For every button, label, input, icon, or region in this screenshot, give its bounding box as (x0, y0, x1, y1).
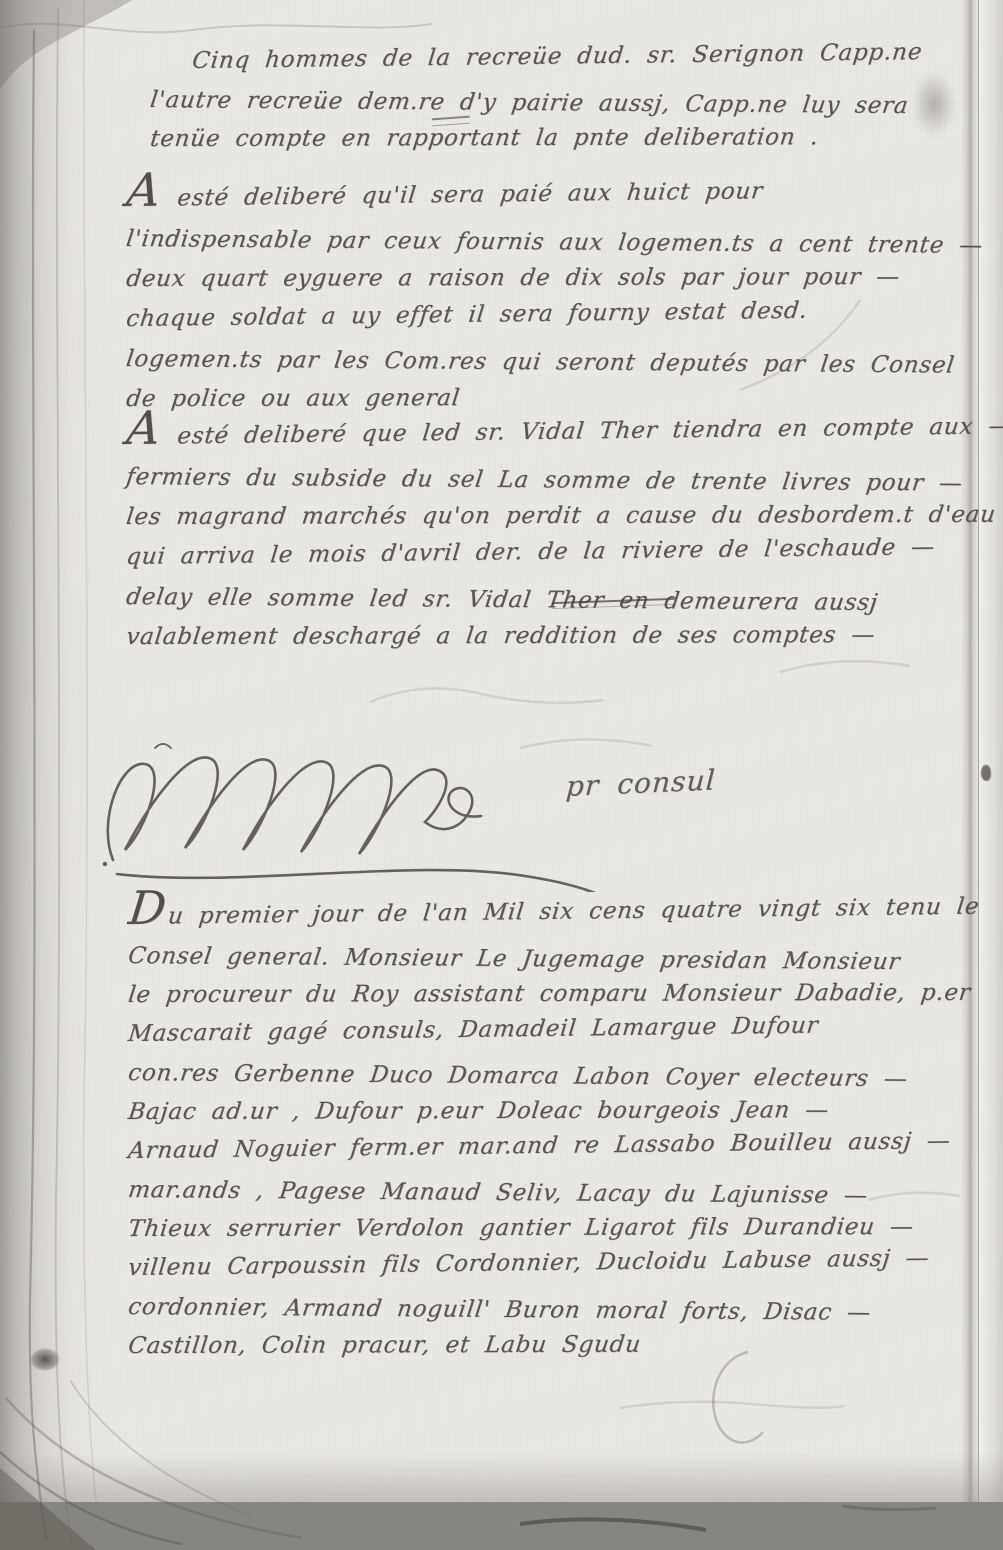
scanned-manuscript: { "document": { "kind": "handwritten man… (0, 0, 1003, 1550)
paragraph-1: Cinq hommes de la recreüe dud. sr. Serig… (150, 48, 921, 165)
page-bottom-shadow (0, 1452, 1003, 1502)
signature-title: pr consul (565, 764, 717, 803)
manuscript-line: con.res Gerbenne Duco Domarca Labon Coye… (127, 1060, 980, 1093)
binding-edge (0, 0, 118, 1502)
manuscript-line: villenu Carpoussin fils Cordonnier, Ducl… (127, 1245, 981, 1281)
manuscript-line: Consel general. Monsieur Le Jugemage pre… (127, 943, 980, 976)
edge-streak (842, 1506, 936, 1510)
manuscript-line: Thieux serrurier Verdolon gantier Ligaro… (127, 1214, 981, 1242)
manuscript-line: mar.ands , Pagese Manaud Seliv, Lacay du… (127, 1177, 980, 1210)
ink-blot (981, 765, 991, 781)
manuscript-line: Bajac ad.ur , Dufour p.eur Doleac bourge… (127, 1097, 981, 1125)
paragraph-2: A esté deliberé qu'il sera paié aux huic… (126, 180, 984, 426)
manuscript-line: l'indispensable par ceux fournis aux log… (125, 226, 985, 259)
ink-smudge (903, 58, 965, 150)
manuscript-line: chaque soldat a uy effet il sera fourny … (125, 296, 987, 332)
manuscript-line: deux quart eyguere a raison de dix sols … (125, 264, 986, 292)
edge-streak (520, 1519, 706, 1530)
manuscript-line: Castillon, Colin pracur, et Labu Sgudu (127, 1331, 981, 1359)
manuscript-line: les magrand marchés qu'on perdit a cause… (125, 502, 1003, 530)
manuscript-line: Mascarait gagé consuls, Damadeil Lamargu… (127, 1011, 981, 1047)
manuscript-line: le procureur du Roy assistant comparu Mo… (127, 980, 981, 1008)
manuscript-line: qui arriva le mois d'avril der. de la ri… (125, 533, 1003, 570)
manuscript-line: tenüe compte en rapportant la pnte delib… (149, 124, 923, 152)
manuscript-line: delay elle somme led sr. Vidal Ther en d… (125, 584, 1003, 617)
manuscript-line: fermiers du subside du sel La somme de t… (125, 464, 1003, 497)
paragraph-3: A esté deliberé que led sr. Vidal Ther t… (126, 418, 1003, 664)
manuscript-line: logemen.ts par les Com.res qui seront de… (125, 346, 985, 379)
manuscript-line: de police ou aux general (125, 384, 986, 412)
manuscript-line: cordonnier, Armand noguill' Buron moral … (127, 1294, 980, 1327)
manuscript-line: l'autre recreüe dem.re d'y pairie aussj,… (149, 87, 923, 119)
manuscript-line: Arnaud Noguier ferm.er mar.and re Lassab… (127, 1128, 981, 1164)
paragraph-4: Du premier jour de l'an Mil six cens qua… (128, 898, 978, 1372)
manuscript-line: valablement deschargé a la reddition de … (125, 622, 1003, 650)
